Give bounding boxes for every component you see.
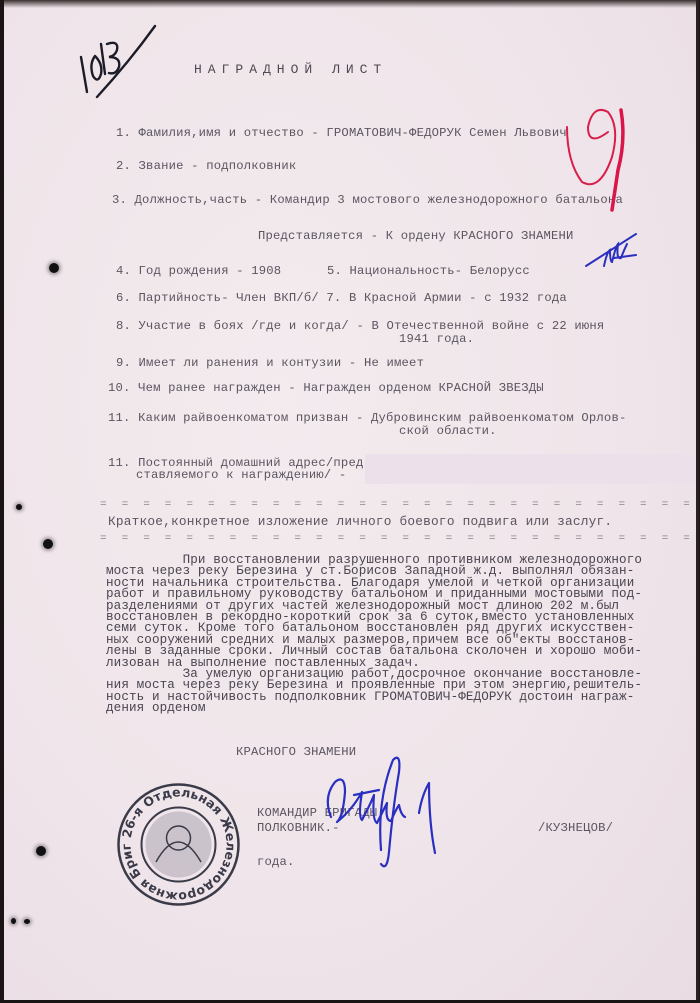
award-sheet: НАГРАДНОЙ ЛИСТ 1. Фамилия,имя и отчество… [4, 0, 699, 1000]
signatory-name: /КУЗНЕЦОВ/ [538, 822, 613, 835]
punch-hole [49, 263, 59, 273]
section-heading: Краткое,конкретное изложение личного бое… [108, 515, 612, 528]
blue-initials-mark [584, 228, 644, 273]
field-full-name: 1. Фамилия,имя и отчество - ГРОМАТОВИЧ-Ф… [116, 127, 567, 140]
date-line: года. [257, 856, 295, 869]
punch-hole [24, 919, 30, 924]
narrative-text: При восстановлении разрушенного противни… [106, 555, 642, 715]
red-pencil-mark [559, 102, 639, 212]
field-nationality: 5. Национальность- Белорусс [327, 265, 530, 278]
redacted-address [365, 454, 698, 484]
field-party: 6. Партийность- Член ВКП/б/ 7. В Красной… [116, 292, 567, 305]
field-combat-cont: 1941 года. [399, 333, 474, 346]
full-name-value: ГРОМАТОВИЧ-ФЕДОРУК Семен Львович [326, 126, 566, 140]
punch-hole [11, 918, 16, 924]
signature [319, 755, 459, 875]
field-wounds: 9. Имеет ли ранения и контузии - Не имее… [116, 357, 424, 370]
field-position: 3. Должность,часть - Командир 3 мостовог… [112, 194, 623, 207]
field-combat: 8. Участие в боях /где и когда/ - В Отеч… [116, 320, 604, 333]
field-rank: 2. Звание - подполковник [116, 160, 296, 173]
brigade-stamp: 26-я Отдельная Железнодорожная Бригада [116, 782, 241, 907]
punch-hole [16, 504, 22, 510]
nominated-for: Представляется - К ордену КРАСНОГО ЗНАМЕ… [258, 230, 574, 243]
field-birth-year: 4. Год рождения - 1908 [116, 265, 281, 278]
field-address-cont: ставляемого к награждению/ - [136, 469, 346, 482]
field-draft-office-cont: ской области. [399, 425, 497, 438]
handwritten-number [59, 22, 159, 112]
document-title: НАГРАДНОЙ ЛИСТ [194, 63, 387, 76]
dash-separator-top: = = = = = = = = = = = = = = = = = = = = … [100, 499, 699, 511]
dash-separator-bottom: = = = = = = = = = = = = = = = = = = = = … [100, 533, 699, 545]
field-draft-office: 11. Каким райвоенкоматом призван - Дубро… [108, 412, 626, 425]
punch-hole [43, 539, 53, 549]
punch-hole [36, 846, 46, 856]
field-prior-awards: 10. Чем ранее награжден - Награжден орде… [108, 382, 544, 395]
